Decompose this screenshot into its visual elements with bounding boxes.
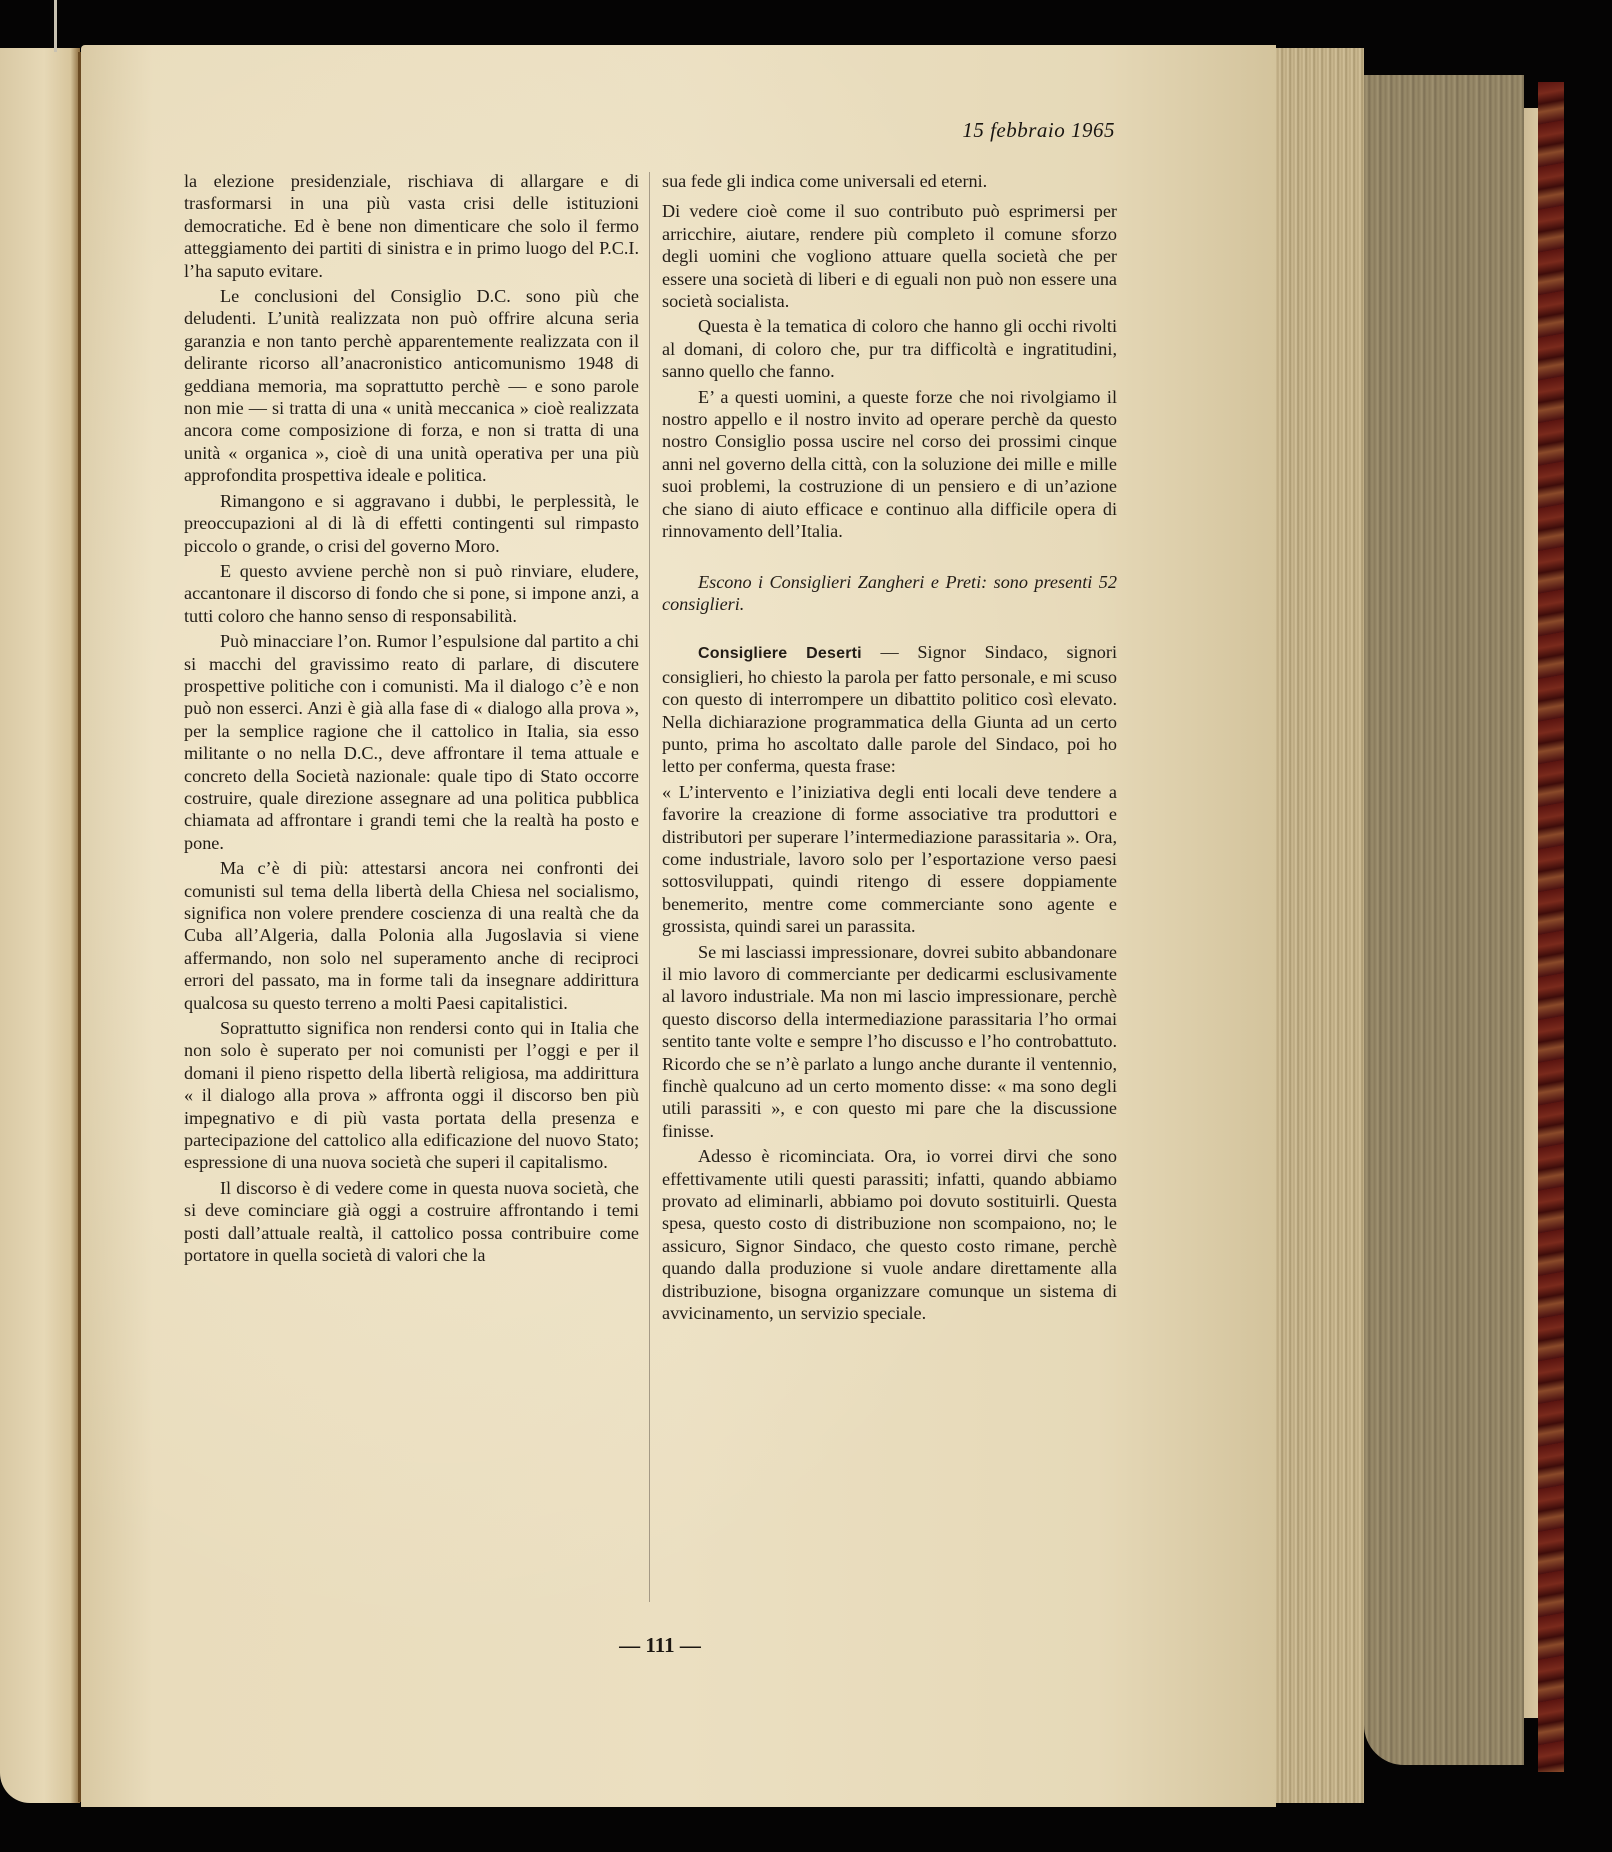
paragraph: la elezione presidenziale, rischiava di … [184, 170, 639, 282]
stage-direction: Escono i Consiglieri Zangheri e Preti: s… [662, 571, 1117, 616]
endpaper-edge [1524, 108, 1538, 1718]
paragraph: Questa è la tematica di coloro che hanno… [662, 315, 1117, 382]
paragraph: Di vedere cioè come il suo contributo pu… [662, 200, 1117, 312]
page-stack-edges-shadowed [1364, 75, 1524, 1765]
speech-text: — Signor Sindaco, signori consiglieri, h… [662, 642, 1117, 776]
column-divider [649, 172, 650, 1602]
paragraph: Se mi lasciassi impressionare, dovrei su… [662, 941, 1117, 1143]
speaker-name: Consigliere Deserti [698, 645, 862, 662]
running-head-date: 15 febbraio 1965 [940, 118, 1115, 143]
paragraph: E questo avviene perchè non si può rinvi… [184, 560, 639, 627]
paragraph: Può minacciare l’on. Rumor l’espulsione … [184, 630, 639, 854]
paragraph: Le conclusioni del Consiglio D.C. sono p… [184, 285, 639, 487]
paragraph-continuation: sua fede gli indica come universali ed e… [662, 170, 1117, 192]
page-stack-edges [1276, 48, 1364, 1803]
paragraph: Ma c’è di più: attestarsi ancora nei con… [184, 857, 639, 1014]
book-gutter [78, 52, 81, 1802]
paragraph: E’ a questi uomini, a queste forze che n… [662, 386, 1117, 543]
paragraph: Il discorso è di vedere come in questa n… [184, 1177, 639, 1267]
paragraph: « L’intervento e l’iniziativa degli enti… [662, 781, 1117, 938]
paragraph: Rimangono e si aggravano i dubbi, le per… [184, 490, 639, 557]
paragraph: Soprattutto significa non rendersi conto… [184, 1017, 639, 1174]
facing-left-page-edge [0, 48, 80, 1803]
left-text-column: la elezione presidenziale, rischiava di … [184, 170, 639, 1270]
marbled-cover [1538, 82, 1564, 1772]
paragraph: Adesso è ricominciata. Ora, io vorrei di… [662, 1145, 1117, 1324]
bookmark-thread [54, 0, 57, 52]
page-number: — 111 — [560, 1633, 760, 1658]
right-text-column: sua fede gli indica come universali ed e… [662, 170, 1117, 1328]
speech-opening: Consigliere Deserti — Signor Sindaco, si… [662, 641, 1117, 777]
